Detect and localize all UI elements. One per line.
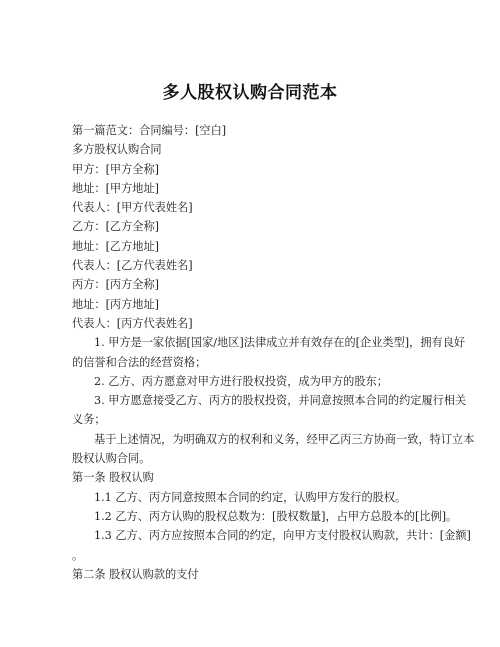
party-b-name: 乙方：[乙方全称] — [72, 217, 432, 236]
recital-1-line-2: 的信誉和合法的经营资格； — [72, 353, 432, 372]
party-c-name: 丙方：[丙方全称] — [72, 275, 432, 294]
party-c-representative: 代表人：[丙方代表姓名] — [72, 314, 432, 333]
contract-number-line: 第一篇范文：合同编号：[空白] — [72, 121, 432, 140]
document-title: 多人股权认购合同范本 — [0, 78, 500, 103]
clause-1-2: 1.2 乙方、丙方认购的股权总数为：[股权数量]，占甲方总股本的[比例]。 — [72, 507, 432, 526]
clause-1-3-line-2: 。 — [72, 546, 432, 565]
recital-2: 2. 乙方、丙方愿意对甲方进行股权投资，成为甲方的股东； — [72, 372, 432, 391]
clause-1-1: 1.1 乙方、丙方同意按照本合同的约定，认购甲方发行的股权。 — [72, 488, 432, 507]
party-a-representative: 代表人：[甲方代表姓名] — [72, 198, 432, 217]
recital-1-line-1: 1. 甲方是一家依据[国家/地区]法律成立并有效存在的[企业类型]，拥有良好 — [72, 333, 432, 352]
preamble-line-1: 基于上述情况，为明确双方的权利和义务，经甲乙丙三方协商一致，特订立本 — [72, 430, 432, 449]
contract-name-line: 多方股权认购合同 — [72, 140, 432, 159]
document-body: 第一篇范文：合同编号：[空白] 多方股权认购合同 甲方：[甲方全称] 地址：[甲… — [72, 121, 432, 584]
party-a-name: 甲方：[甲方全称] — [72, 160, 432, 179]
preamble-line-2: 股权认购合同。 — [72, 449, 432, 468]
article-1-heading: 第一条 股权认购 — [72, 468, 432, 487]
clause-1-3-line-1: 1.3 乙方、丙方应按照本合同的约定，向甲方支付股权认购款，共计：[金额] — [72, 526, 432, 545]
recital-3-line-2: 义务； — [72, 410, 432, 429]
party-b-representative: 代表人：[乙方代表姓名] — [72, 256, 432, 275]
party-b-address: 地址：[乙方地址] — [72, 237, 432, 256]
party-a-address: 地址：[甲方地址] — [72, 179, 432, 198]
party-c-address: 地址：[丙方地址] — [72, 295, 432, 314]
recital-3-line-1: 3. 甲方愿意接受乙方、丙方的股权投资，并同意按照本合同的约定履行相关 — [72, 391, 432, 410]
article-2-heading: 第二条 股权认购款的支付 — [72, 565, 432, 584]
